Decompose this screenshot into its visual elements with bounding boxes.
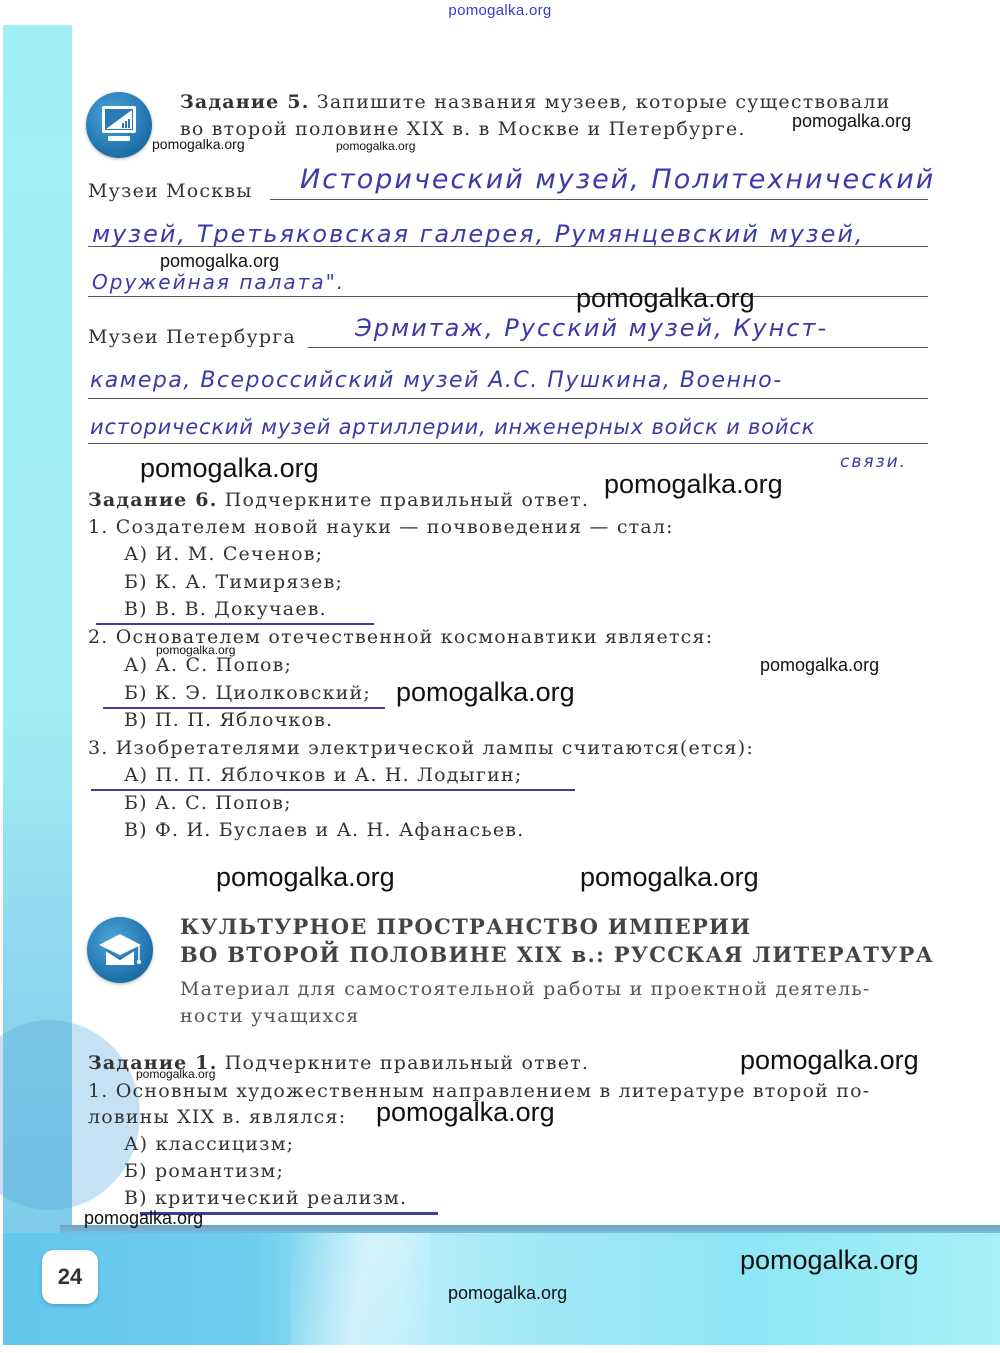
answer-line [270, 199, 928, 200]
watermark: pomogalka.org [336, 139, 415, 153]
task6-question-1: 1. Создателем новой науки — почвоведения… [88, 516, 674, 538]
task5-prompt-line2: во второй половине XIX в. в Москве и Пет… [180, 118, 746, 140]
moscow-answer-line3: Оружейная палата". [92, 270, 345, 294]
spb-answer-line4: связи. [840, 452, 907, 472]
answer-underline [96, 623, 374, 625]
moscow-museums-label: Музеи Москвы [88, 180, 253, 202]
task6-q3-option-a: А) П. П. Яблочков и А. Н. Лодыгин; [124, 764, 522, 786]
watermark: pomogalka.org [448, 1283, 567, 1304]
task5-prompt-line1: Задание 5. Запишите названия музеев, кот… [180, 91, 891, 113]
section-title-line2: ВО ВТОРОЙ ПОЛОВИНЕ XIX в.: РУССКАЯ ЛИТЕР… [180, 942, 934, 967]
watermark: pomogalka.org [84, 1208, 203, 1229]
section-subtitle-line1: Материал для самостоятельной работы и пр… [180, 978, 871, 1000]
page-number-badge: 24 [42, 1250, 98, 1304]
watermark: pomogalka.org [136, 1067, 215, 1081]
answer-line [308, 347, 928, 348]
task6-q3-option-b: Б) А. С. Попов; [124, 792, 292, 814]
moscow-answer-line1: Исторический музей, Политехнический [300, 164, 935, 195]
task6-q2-option-b: Б) К. Э. Циолковский; [124, 682, 371, 704]
task6-question-3: 3. Изобретателями электрической лампы сч… [88, 737, 754, 759]
footer-light-beam [290, 1233, 430, 1345]
watermark: pomogalka.org [140, 453, 319, 484]
task1-question-line2: ловины XIX в. являлся: [88, 1106, 346, 1128]
watermark: pomogalka.org [216, 862, 395, 893]
task1-option-a: А) классицизм; [124, 1133, 294, 1155]
spb-museums-label: Музеи Петербурга [88, 326, 296, 348]
spb-answer-line1: Эрмитаж, Русский музей, Кунст- [355, 314, 828, 342]
task5-prompt-text: Запишите названия музеев, которые сущест… [317, 91, 891, 113]
watermark: pomogalka.org [604, 469, 783, 500]
watermark: pomogalka.org [760, 655, 879, 676]
watermark: pomogalka.org [396, 677, 575, 708]
task6-heading: Задание 6. Подчеркните правильный ответ. [88, 489, 589, 511]
task6-prompt: Подчеркните правильный ответ. [225, 489, 589, 511]
task1-prompt: Подчеркните правильный ответ. [225, 1052, 589, 1074]
task5-label: Задание 5. [180, 91, 310, 113]
watermark: pomogalka.org [740, 1045, 919, 1076]
watermark: pomogalka.org [792, 111, 911, 132]
watermark: pomogalka.org [152, 136, 245, 152]
task1-option-b: Б) романтизм; [124, 1160, 284, 1182]
watermark: pomogalka.org [740, 1245, 919, 1276]
answer-underline [91, 789, 575, 791]
moscow-answer-line2: музей, Третьяковская галерея, Румянцевск… [92, 220, 865, 248]
answer-line [88, 443, 928, 444]
task6-q2-option-a: А) А. С. Попов; [124, 654, 292, 676]
watermark: pomogalka.org [376, 1097, 555, 1128]
section-title-line1: КУЛЬТУРНОЕ ПРОСТРАНСТВО ИМПЕРИИ [180, 914, 751, 939]
task1-option-c: В) критический реализм. [124, 1187, 407, 1209]
task6-q3-option-c: В) Ф. И. Буслаев и А. Н. Афанасьев. [124, 819, 524, 841]
answer-line [88, 398, 928, 399]
graduation-cap-icon [87, 917, 153, 983]
task6-q1-option-a: А) И. М. Сеченов; [124, 543, 323, 565]
task6-label: Задание 6. [88, 489, 218, 511]
section-subtitle-line2: ности учащихся [180, 1005, 360, 1027]
top-watermark: pomogalka.org [0, 2, 1000, 19]
watermark: pomogalka.org [576, 283, 755, 314]
task6-q1-option-c: В) В. В. Докучаев. [124, 598, 327, 620]
task6-q2-option-c: В) П. П. Яблочков. [124, 709, 333, 731]
computer-chart-icon [86, 92, 152, 158]
spb-answer-line2: камера, Всероссийский музей А.С. Пушкина… [90, 368, 783, 393]
watermark: pomogalka.org [160, 251, 279, 272]
task6-q1-option-b: Б) К. А. Тимирязев; [124, 571, 343, 593]
answer-line [88, 296, 928, 297]
watermark: pomogalka.org [580, 862, 759, 893]
spb-answer-line3: исторический музей артиллерии, инженерны… [90, 415, 815, 439]
